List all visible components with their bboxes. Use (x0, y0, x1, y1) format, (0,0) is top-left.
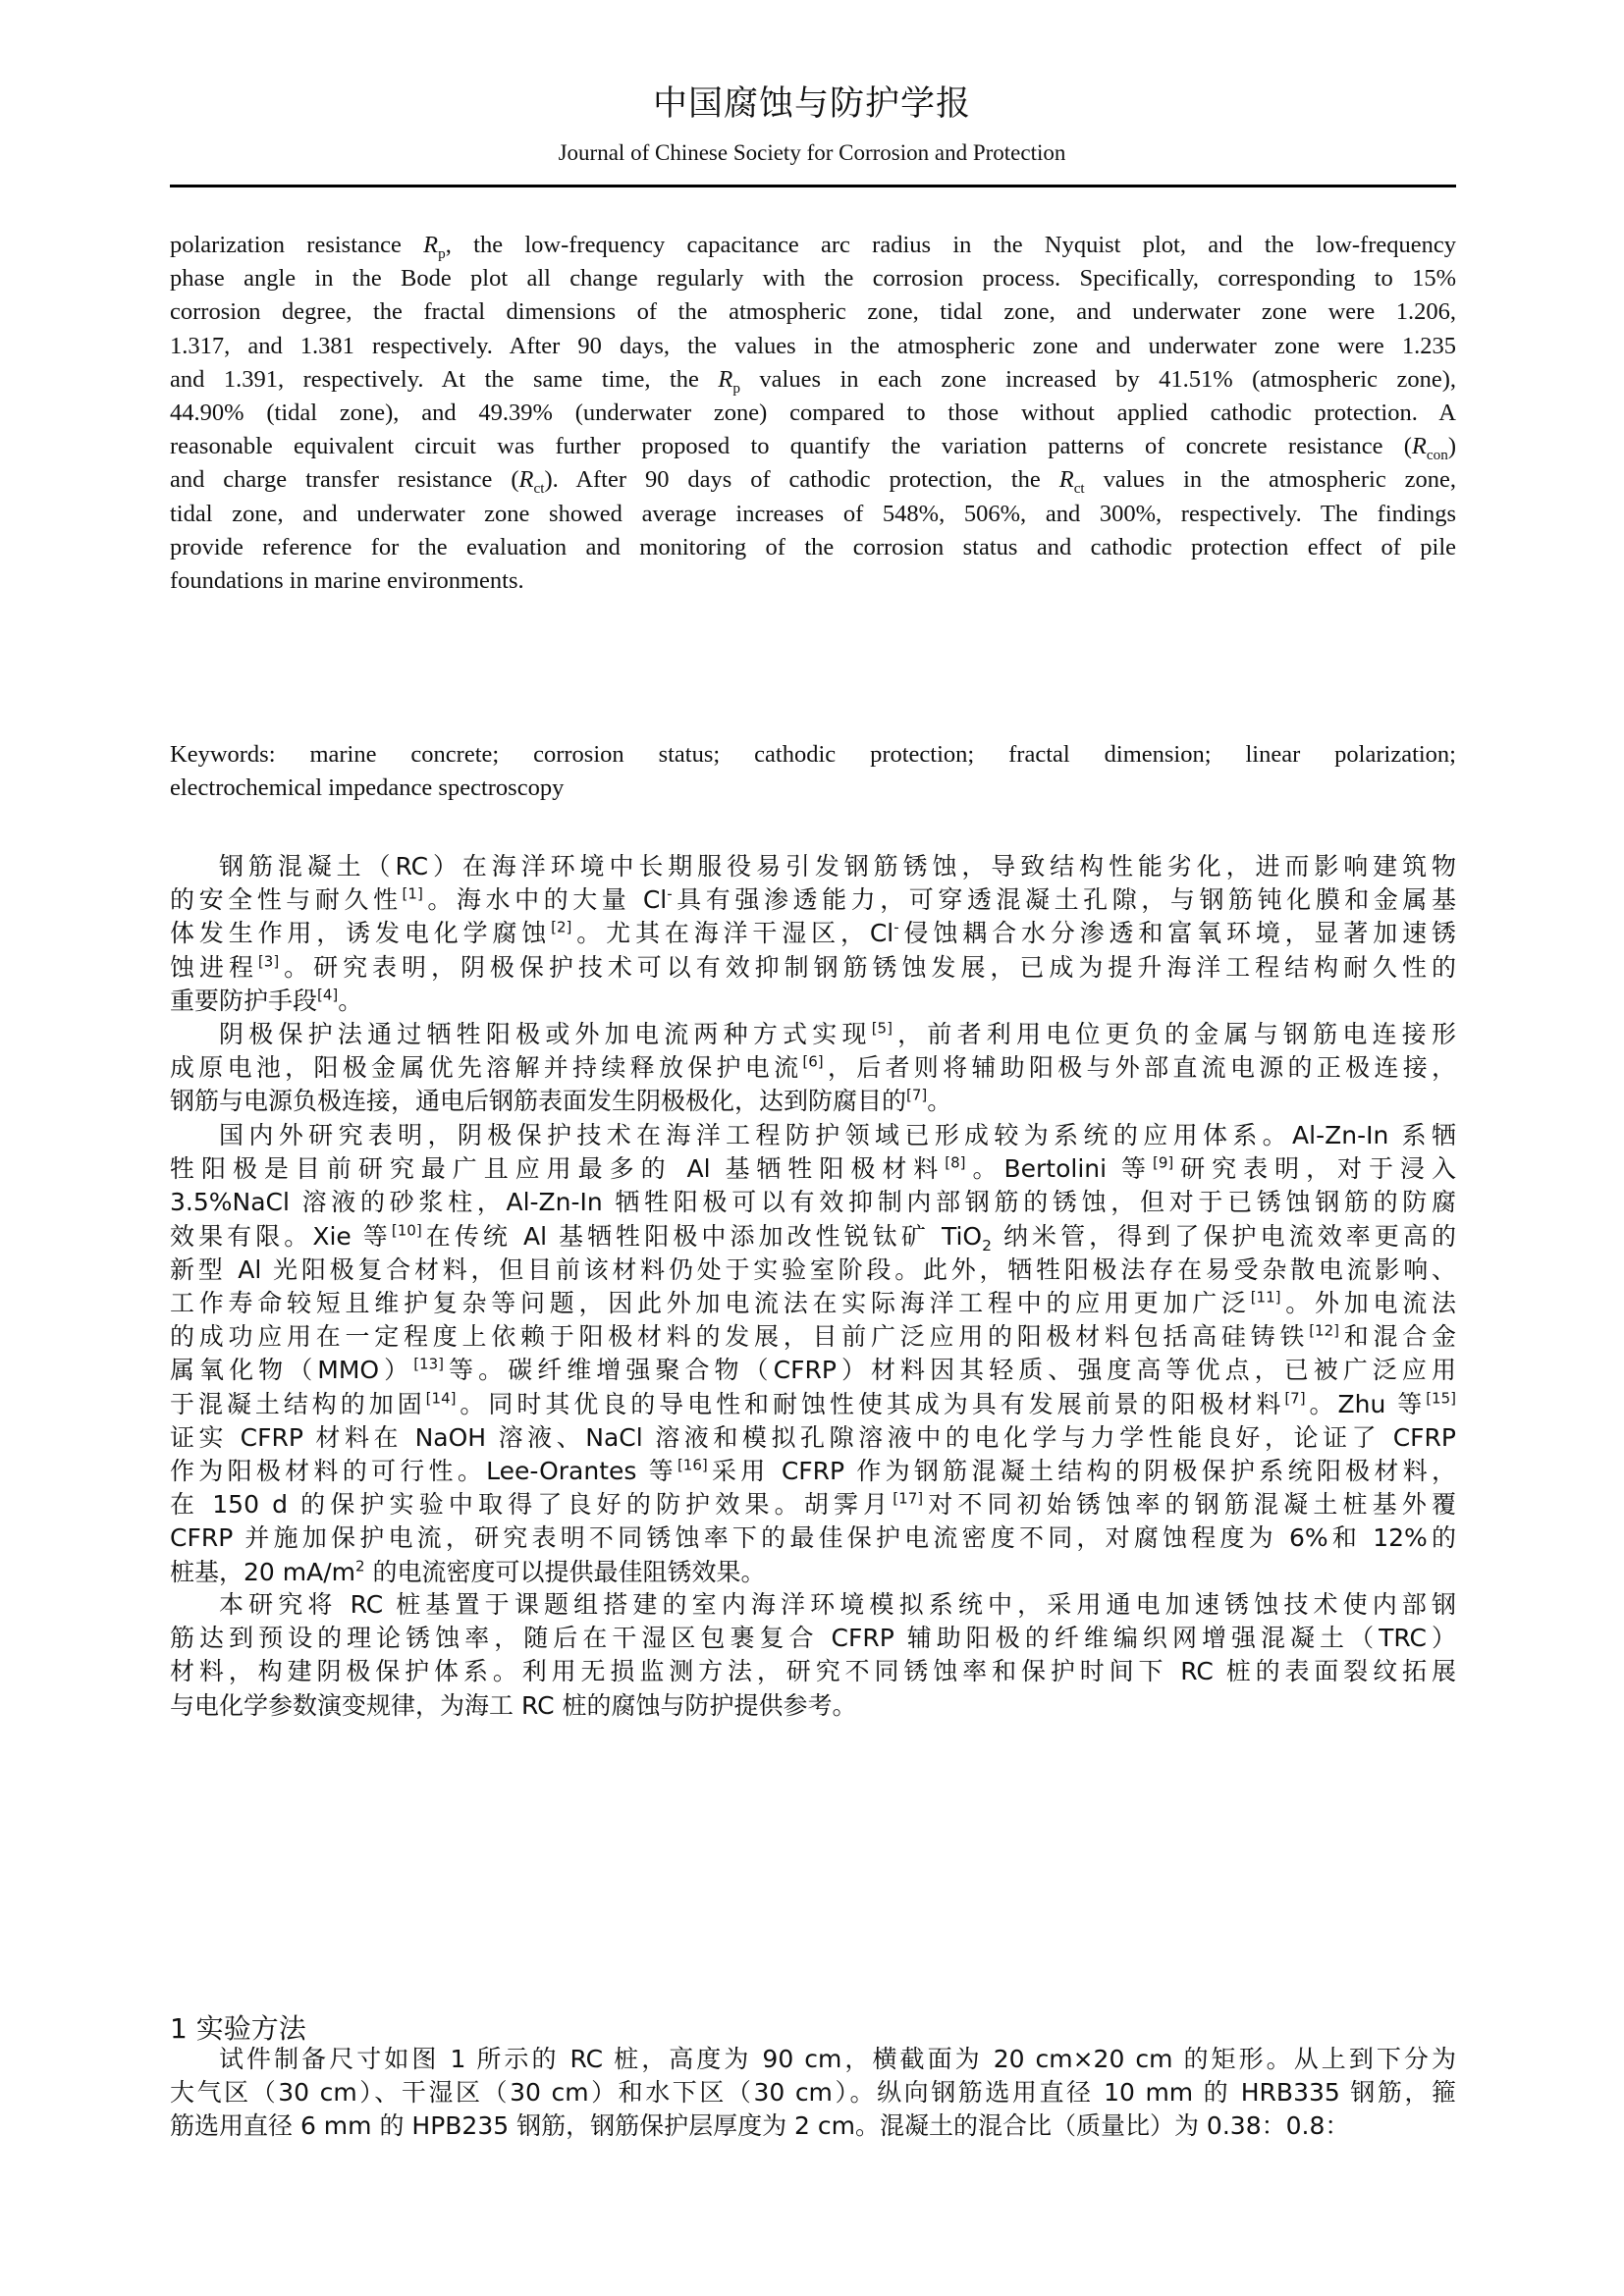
intro-paragraph-3: 国内外研究表明，阴极保护技术在海洋工程防护领域已形成较为系统的应用体系。Al-Z… (170, 1119, 1456, 1589)
text-line: 3.5%NaCl 溶液的砂浆柱，Al-Zn-In 牺牲阳极可以有效抑制内部钢筋的… (170, 1186, 1456, 1219)
abstract-continuation: polarization resistance Rp, the low-freq… (170, 229, 1456, 598)
text-line: 阴极保护法通过牺牲阳极或外加电流两种方式实现[5]，前者利用电位更负的金属与钢筋… (170, 1018, 1456, 1051)
text-line: corrosion degree, the fractal dimensions… (170, 295, 1456, 329)
intro-paragraph-1: 钢筋混凝土（RC）在海洋环境中长期服役易引发钢筋锈蚀，导致结构性能劣化，进而影响… (170, 850, 1456, 1018)
text-line: Keywords: marine concrete; corrosion sta… (170, 738, 1456, 772)
text-line: 钢筋混凝土（RC）在海洋环境中长期服役易引发钢筋锈蚀，导致结构性能劣化，进而影响… (170, 850, 1456, 883)
text-line: tidal zone, and underwater zone showed a… (170, 498, 1456, 531)
text-line: 1.317, and 1.381 respectively. After 90 … (170, 330, 1456, 363)
text-line: 在 150 d 的保护实验中取得了良好的防护效果。胡霁月[17]对不同初始锈蚀率… (170, 1488, 1456, 1522)
text-line: 大气区（30 cm）、干湿区（30 cm）和水下区（30 cm）。纵向钢筋选用直… (170, 2076, 1456, 2109)
text-line: 作为阳极材料的可行性。Lee-Orantes 等[16]采用 CFRP 作为钢筋… (170, 1455, 1456, 1488)
text-line: 新型 Al 光阳极复合材料，但目前该材料仍处于实验室阶段。此外，牺牲阳极法存在易… (170, 1254, 1456, 1287)
text-line: 筋选用直径 6 mm 的 HPB235 钢筋，钢筋保护层厚度为 2 cm。混凝土… (170, 2109, 1456, 2143)
text-line: 桩基，20 mA/m2 的电流密度可以提供最佳阻锈效果。 (170, 1556, 1456, 1589)
intro-paragraph-2: 阴极保护法通过牺牲阳极或外加电流两种方式实现[5]，前者利用电位更负的金属与钢筋… (170, 1018, 1456, 1119)
text-line: 证实 CFRP 材料在 NaOH 溶液、NaCl 溶液和模拟孔隙溶液中的电化学与… (170, 1421, 1456, 1455)
header-divider (170, 185, 1456, 187)
intro-paragraph-4: 本研究将 RC 桩基置于课题组搭建的室内海洋环境模拟系统中，采用通电加速锈蚀技术… (170, 1588, 1456, 1723)
text-line: 材料，构建阴极保护体系。利用无损监测方法，研究不同锈蚀率和保护时间下 RC 桩的… (170, 1655, 1456, 1688)
text-line: 本研究将 RC 桩基置于课题组搭建的室内海洋环境模拟系统中，采用通电加速锈蚀技术… (170, 1588, 1456, 1622)
text-line: 工作寿命较短且维护复杂等问题，因此外加电流法在实际海洋工程中的应用更加广泛[11… (170, 1287, 1456, 1320)
text-line: foundations in marine environments. (170, 564, 1456, 598)
text-line: 牲阳极是目前研究最广且应用最多的 Al 基牺牲阳极材料[8]。Bertolini… (170, 1152, 1456, 1186)
text-line: 与电化学参数演变规律，为海工 RC 桩的腐蚀与防护提供参考。 (170, 1689, 1456, 1723)
text-line: 属氧化物（MMO）[13]等。碳纤维增强聚合物（CFRP）材料因其轻质、强度高等… (170, 1354, 1456, 1387)
section-heading-1: 1 实验方法 (170, 2007, 306, 2047)
journal-title-zh: 中国腐蚀与防护学报 (0, 77, 1624, 126)
text-line: 国内外研究表明，阴极保护技术在海洋工程防护领域已形成较为系统的应用体系。Al-Z… (170, 1119, 1456, 1152)
text-line: and 1.391, respectively. At the same tim… (170, 363, 1456, 397)
text-line: 重要防护手段[4]。 (170, 985, 1456, 1018)
section1-paragraph-1: 试件制备尺寸如图 1 所示的 RC 桩，高度为 90 cm，横截面为 20 cm… (170, 2043, 1456, 2144)
text-line: electrochemical impedance spectroscopy (170, 772, 1456, 805)
text-line: and charge transfer resistance (Rct). Af… (170, 463, 1456, 497)
text-line: 的成功应用在一定程度上依赖于阳极材料的发展，目前广泛应用的阳极材料包括高硅铸铁[… (170, 1320, 1456, 1354)
text-line: reasonable equivalent circuit was furthe… (170, 430, 1456, 463)
text-line: 蚀进程[3]。研究表明，阴极保护技术可以有效抑制钢筋锈蚀发展，已成为提升海洋工程… (170, 951, 1456, 985)
text-line: 于混凝土结构的加固[14]。同时其优良的导电性和耐蚀性使其成为具有发展前景的阳极… (170, 1388, 1456, 1421)
text-line: phase angle in the Bode plot all change … (170, 262, 1456, 295)
text-line: 的安全性与耐久性[1]。海水中的大量 Cl-具有强渗透能力，可穿透混凝土孔隙，与… (170, 883, 1456, 917)
text-line: provide reference for the evaluation and… (170, 531, 1456, 564)
text-line: 效果有限。Xie 等[10]在传统 Al 基牺牲阳极中添加改性锐钛矿 TiO2 … (170, 1220, 1456, 1254)
journal-title-en: Journal of Chinese Society for Corrosion… (0, 140, 1624, 166)
text-line: 44.90% (tidal zone), and 49.39% (underwa… (170, 397, 1456, 430)
text-line: 筋达到预设的理论锈蚀率，随后在干湿区包裹复合 CFRP 辅助阳极的纤维编织网增强… (170, 1622, 1456, 1655)
keywords: Keywords: marine concrete; corrosion sta… (170, 738, 1456, 805)
text-line: 成原电池，阳极金属优先溶解并持续释放保护电流[6]，后者则将辅助阳极与外部直流电… (170, 1051, 1456, 1085)
text-line: 体发生作用，诱发电化学腐蚀[2]。尤其在海洋干湿区，Cl-侵蚀耦合水分渗透和富氧… (170, 917, 1456, 950)
text-line: 试件制备尺寸如图 1 所示的 RC 桩，高度为 90 cm，横截面为 20 cm… (170, 2043, 1456, 2076)
text-line: polarization resistance Rp, the low-freq… (170, 229, 1456, 262)
text-line: 钢筋与电源负极连接，通电后钢筋表面发生阴极极化，达到防腐目的[7]。 (170, 1085, 1456, 1118)
text-line: CFRP 并施加保护电流，研究表明不同锈蚀率下的最佳保护电流密度不同，对腐蚀程度… (170, 1522, 1456, 1555)
